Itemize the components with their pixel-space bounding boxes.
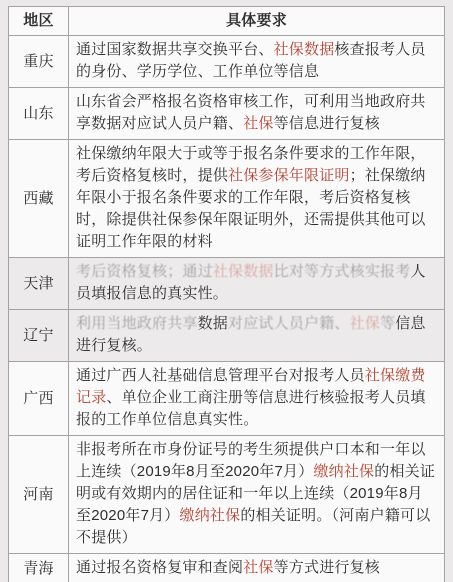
plain-text: 等信息进行复核 [274, 115, 380, 132]
plain-text: 通过报名资格复审和查阅 [76, 559, 243, 576]
requirements-table: 地区 具体要求 重庆 通过国家数据共享交换平台、社保数据核查报考人员的身份、学历… [8, 6, 445, 582]
highlight-text: 社保数据 [213, 263, 274, 280]
plain-text: 考后资格复核；通过 [76, 263, 213, 280]
requirement-cell: 社保缴纳年限大于或等于报名条件要求的工作年限，考后资格复核时，提供社保参保年限证… [69, 140, 445, 258]
table-row: 重庆 通过国家数据共享交换平台、社保数据核查报考人员的身份、学历学位、工作单位等… [9, 36, 445, 88]
region-cell: 河南 [9, 436, 69, 554]
plain-text: 通过国家数据共享交换平台、 [76, 41, 274, 58]
region-cell: 辽宁 [9, 310, 69, 362]
plain-text: 等方式进行复核 [274, 559, 380, 576]
highlight-text: 社保参保年限证明 [228, 167, 350, 184]
header-row: 地区 具体要求 [9, 7, 445, 36]
plain-text: 对应试人员户籍、 [228, 315, 350, 332]
region-cell: 天津 [9, 258, 69, 310]
region-cell: 山东 [9, 88, 69, 140]
highlight-text: 社保 [350, 315, 380, 332]
region-column-header: 地区 [9, 7, 69, 36]
region-cell: 西藏 [9, 140, 69, 258]
table-row: 西藏 社保缴纳年限大于或等于报名条件要求的工作年限，考后资格复核时，提供社保参保… [9, 140, 445, 258]
requirement-cell: 非报考所在市身份证号的考生须提供户口本和一年以上连续（2019年8月至2020年… [69, 436, 445, 554]
highlight-text: 社保 [243, 115, 273, 132]
plain-text: 通过广西人社基础信息管理平台对报考人员 [76, 367, 365, 384]
requirement-cell: 通过国家数据共享交换平台、社保数据核查报考人员的身份、学历学位、工作单位等信息 [69, 36, 445, 88]
region-cell: 重庆 [9, 36, 69, 88]
plain-text: 等 [380, 315, 395, 332]
plain-text: 、单位企业工商注册等信息进行核验报考人员填报的工作单位信息真实性。 [76, 389, 426, 428]
requirement-cell: 通过广西人社基础信息管理平台对报考人员社保缴费记录、单位企业工商注册等信息进行核… [69, 362, 445, 436]
table-row: 山东 山东省会严格报名资格审核工作，可利用当地政府共享数据对应试人员户籍、社保等… [9, 88, 445, 140]
highlight-text: 社保 [243, 559, 273, 576]
requirements-column-header: 具体要求 [69, 7, 445, 36]
plain-text: 利用当地政府共享 [76, 315, 198, 332]
requirement-cell: 通过报名资格复审和查阅社保等方式进行复核 [69, 554, 445, 582]
table-row: 河南 非报考所在市身份证号的考生须提供户口本和一年以上连续（2019年8月至20… [9, 436, 445, 554]
table-row: 青海 通过报名资格复审和查阅社保等方式进行复核 [9, 554, 445, 582]
table-row: 辽宁 利用当地政府共享数据对应试人员户籍、社保等信息进行复核。 [9, 310, 445, 362]
plain-text: 比对等方式核实报考 [274, 263, 411, 280]
highlight-text: 缴纳社保 [180, 507, 241, 524]
region-cell: 广西 [9, 362, 69, 436]
highlight-text: 缴纳社保 [313, 463, 374, 480]
table-row: 天津 考后资格复核；通过社保数据比对等方式核实报考人员填报信息的真实性。 [9, 258, 445, 310]
requirement-cell: 利用当地政府共享数据对应试人员户籍、社保等信息进行复核。 [69, 310, 445, 362]
requirement-cell: 考后资格复核；通过社保数据比对等方式核实报考人员填报信息的真实性。 [69, 258, 445, 310]
region-cell: 青海 [9, 554, 69, 582]
page-container: 地区 具体要求 重庆 通过国家数据共享交换平台、社保数据核查报考人员的身份、学历… [0, 0, 453, 582]
table-body: 重庆 通过国家数据共享交换平台、社保数据核查报考人员的身份、学历学位、工作单位等… [9, 36, 445, 582]
requirement-cell: 山东省会严格报名资格审核工作，可利用当地政府共享数据对应试人员户籍、社保等信息进… [69, 88, 445, 140]
highlight-text: 社保数据 [274, 41, 335, 58]
table-row: 广西 通过广西人社基础信息管理平台对报考人员社保缴费记录、单位企业工商注册等信息… [9, 362, 445, 436]
plain-text: 数据 [198, 315, 228, 332]
